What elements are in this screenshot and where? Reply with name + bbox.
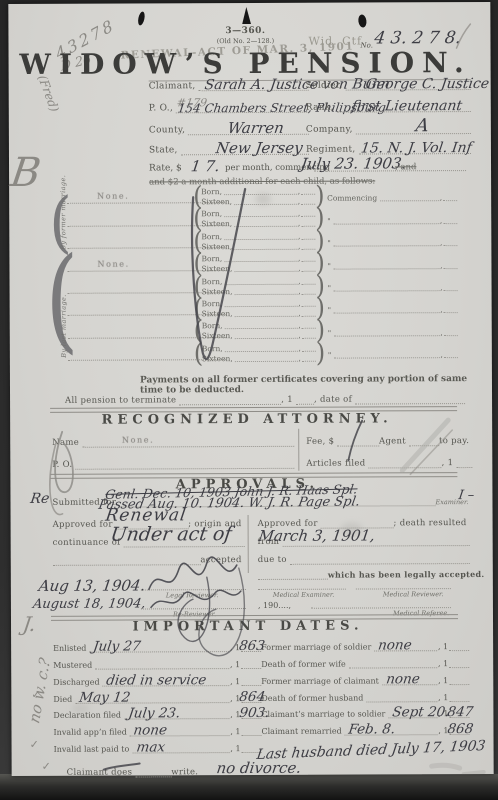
margin-checkmark: ✓ <box>30 738 39 751</box>
company-value: A <box>414 115 430 136</box>
state-line: New Jersey <box>181 141 309 156</box>
sixteen-label: Sixteen, <box>202 309 233 318</box>
accepted-line <box>53 551 201 566</box>
submitted-mark: I – <box>457 488 475 503</box>
commencing-line: ", <box>327 238 457 248</box>
date-year-prefix: , 1 <box>230 744 240 753</box>
date-value: none <box>377 637 413 653</box>
born-sixteen-pair: Born,, Sixteen,, <box>201 230 315 250</box>
date-value: max <box>135 740 166 756</box>
po-line: 154 Chambers Street, Philipsburg <box>176 99 309 114</box>
born-sixteen-pair: Born,, Sixteen,, <box>201 208 315 228</box>
date-label: Claimant remarried <box>261 727 341 736</box>
articles-line <box>368 454 441 468</box>
date-label: Former marriage of soldier <box>261 642 371 651</box>
child-row: ( Born,, Sixteen,, ) ", <box>9 206 481 230</box>
accepted-label: accepted <box>200 555 241 565</box>
date-row: Former marriage of claimant none , 1 <box>261 668 469 686</box>
commencing-ditto: " <box>328 328 331 337</box>
terminate-line-2 <box>296 391 314 405</box>
date-year-value: 868 <box>446 721 474 737</box>
re-review-date: August 18, 1904, <box>32 596 147 612</box>
company-label: Company, <box>306 125 353 135</box>
ink-blot <box>240 7 252 24</box>
rank-value: first Lieutenant <box>351 98 463 114</box>
medical-examiner-label: Medical Examiner. <box>273 591 334 599</box>
date-label: Declaration filed <box>53 711 121 720</box>
date-line: none <box>374 640 437 651</box>
children-section: ( ( By former marriage. By last marriage… <box>9 184 482 365</box>
commencing-ditto: " <box>328 351 331 360</box>
agent-line <box>409 432 439 446</box>
date-year-line <box>449 691 469 702</box>
county-value: Warren <box>227 119 285 137</box>
date-label: Died <box>53 694 72 703</box>
rate-label: Rate, $ <box>149 163 182 173</box>
none-stamp: None. <box>97 192 129 201</box>
date-year-line: 903. <box>241 708 261 719</box>
date-row: Discharged died in service , 1 <box>53 669 261 687</box>
date-label: Mustered <box>53 660 92 669</box>
march-1901-handwriting: March 3, 1901, <box>257 526 376 545</box>
date-row: Enlisted July 27 , 1 863 <box>53 635 261 653</box>
margin-re-note: Re <box>29 491 50 507</box>
date-label: Former marriage of claimant <box>261 676 379 686</box>
terminate-line <box>179 391 281 405</box>
claimant-does-line <box>135 763 171 777</box>
agent-label: Agent <box>379 436 406 446</box>
child-row: None. ( Born,, Sixteen,, ) Commencing, <box>9 184 481 208</box>
date-line <box>349 657 437 668</box>
children-former-marriage-group: None. ( Born,, Sixteen,, ) Commencing, (… <box>9 184 481 253</box>
sixteen-label: Sixteen, <box>202 331 233 340</box>
date-year-value: 864 <box>238 688 266 704</box>
date-row: Death of former husband , 1 <box>261 685 469 703</box>
born-label: Born, <box>202 344 223 353</box>
commencing-line: Commencing, <box>327 193 457 203</box>
born-sixteen-pair: Born,, Sixteen,, <box>202 342 316 362</box>
margin-checkmark: ✓ <box>31 688 40 701</box>
margin-checkmark: ✓ <box>42 760 51 773</box>
born-label: Born, <box>202 277 223 286</box>
date-value: July 27 <box>92 638 142 654</box>
born-sixteen-pair: Born,, Sixteen,, <box>202 320 316 340</box>
date-value: Sept 20. <box>391 705 450 721</box>
children-last-marriage-group: None. ( Born,, Sixteen,, ) ", ( Born,, S… <box>9 251 481 365</box>
soldier-line: George C. Justice <box>346 76 471 91</box>
date-year-line <box>449 640 469 651</box>
rank-label: Rank, <box>306 103 334 113</box>
under-act-handwriting: Under act of <box>109 523 233 546</box>
born-label: Born, <box>201 187 222 196</box>
year-190-label: , 190...., <box>258 601 291 610</box>
date-year-line <box>241 675 261 686</box>
none-stamp: None. <box>122 435 154 444</box>
claimant-line: Sarah A. Justice von Bunn <box>199 77 309 91</box>
date-value: none <box>385 671 421 687</box>
sixteen-label: Sixteen, <box>202 287 233 296</box>
date-line: July 23. <box>124 709 229 720</box>
rate-and-struck: , and <box>395 162 416 172</box>
date-line <box>95 658 229 670</box>
soldier-label: Soldier, <box>306 81 343 91</box>
date-line: May 12 <box>75 692 229 704</box>
no-divorce-note: no divorce. <box>215 759 302 777</box>
rate-date-value: July 23. 1903. <box>300 154 408 172</box>
attorney-po-label: P. O. <box>52 460 72 470</box>
legally-accepted-line <box>258 566 328 580</box>
date-year-prefix: , 1 <box>438 693 448 702</box>
attorney-heading: RECOGNIZED ATTORNEY. <box>10 411 484 428</box>
date-line: none <box>382 674 437 685</box>
date-year-prefix: , 1 <box>230 727 240 736</box>
county-line: Warren <box>188 121 309 136</box>
attorney-divider <box>298 429 299 471</box>
child-row: ( Born,, Sixteen,, ) ", <box>10 341 482 365</box>
state-label: State, <box>149 145 178 155</box>
date-year-line <box>449 657 469 668</box>
commencing-line: ", <box>328 283 458 293</box>
born-label: Born, <box>202 321 223 330</box>
sixteen-label: Sixteen, <box>202 354 233 363</box>
date-row: Claimant remarried Feb. 8. , 1 868 <box>261 719 469 737</box>
articles-line-2 <box>456 454 472 468</box>
commencing-ditto: " <box>328 284 331 293</box>
date-label: Invalid app’n filed <box>53 728 126 737</box>
commencing-line: ", <box>328 305 458 315</box>
po-label: P. O., <box>149 103 173 113</box>
date-row: Death of former wife , 1 <box>261 651 469 669</box>
fee-label: Fee, $ <box>306 437 334 447</box>
date-year-line: 847 <box>449 708 469 719</box>
born-label: Born, <box>201 232 222 241</box>
date-year-prefix: , 1 <box>230 677 240 686</box>
date-year-value: 863 <box>238 638 266 654</box>
due-to-label: due to <box>258 555 287 565</box>
date-line: Feb. 8. <box>345 725 438 736</box>
soldier-value: George C. Justice <box>365 76 491 93</box>
articles-suffix: , 1 <box>442 458 454 468</box>
commencing-line: ", <box>327 261 457 271</box>
smudge-stroke <box>432 765 460 768</box>
sixteen-label: Sixteen, <box>201 219 232 228</box>
terminate-suffix: , date of <box>314 395 352 405</box>
commencing-label: " <box>327 216 330 225</box>
date-label: Discharged <box>53 677 99 686</box>
commencing-label: Commencing <box>327 194 377 203</box>
child-row: None. ( Born,, Sixteen,, ) ", <box>9 251 481 275</box>
attorney-name-line: None. <box>82 433 294 448</box>
date-row: Mustered , 1 <box>53 652 261 670</box>
date-year-line <box>449 674 469 685</box>
attorney-po-line <box>75 455 294 470</box>
born-sixteen-pair: Born,, Sixteen,, <box>202 275 316 295</box>
date-label: Death of former husband <box>261 693 363 702</box>
born-sixteen-pair: Born,, Sixteen,, <box>202 298 316 318</box>
legal-reviewer-label: Legal Reviewer. <box>166 591 219 599</box>
date-row: Invalid app’n filed none , 1 <box>53 719 261 737</box>
date-label: Invalid last paid to <box>54 745 130 754</box>
scanned-pension-document: { "scan": { "corner_number": "43278", "c… <box>0 0 498 800</box>
date-row: Invalid last paid to max , 1 <box>54 736 262 754</box>
terminate-label: All pension to terminate <box>65 395 176 405</box>
medical-reviewer-label: Medical Reviewer. <box>383 590 444 598</box>
commencing-line: ", <box>328 328 458 338</box>
date-year-value: 903. <box>238 705 270 721</box>
date-year-prefix: , 1 <box>438 659 448 668</box>
born-label: Born, <box>201 210 222 219</box>
date-value: July 23. <box>127 706 181 722</box>
legal-review-date: Aug 13, 1904. <box>38 576 147 594</box>
rate-value: 1 7. <box>190 157 221 175</box>
commencing-ditto: " <box>328 306 331 315</box>
articles-label: Articles filed <box>306 459 365 469</box>
ink-blot <box>137 11 146 26</box>
claimant-does-label: Claimant does <box>67 768 133 778</box>
date-label: Enlisted <box>53 644 86 653</box>
date-row: Claimant’s marriage to soldier Sept 20. … <box>261 702 469 720</box>
sixteen-label: Sixteen, <box>201 264 232 273</box>
terminate-line-3 <box>355 390 465 404</box>
none-stamp: None. <box>97 259 129 268</box>
legally-accepted-label: which has been legally accepted. <box>328 569 485 580</box>
due-to-line <box>290 550 470 565</box>
pension-form-paper: 43278 D 26 (Fred) B 3—360. (Old No. 2—12… <box>8 2 493 776</box>
date-line: July 27 <box>89 641 229 653</box>
date-year-value: 847 <box>446 704 474 720</box>
date-year-prefix: , 1 <box>230 660 240 669</box>
date-line: died in service <box>103 675 230 687</box>
date-row: Former marriage of soldier none , 1 <box>261 634 469 652</box>
born-label: Born, <box>202 299 223 308</box>
date-year-line <box>241 725 261 736</box>
date-year-prefix: , 1 <box>438 642 448 651</box>
sixteen-label: Sixteen, <box>201 197 232 206</box>
commencing-label: " <box>327 239 330 248</box>
born-sixteen-pair: Born,, Sixteen,, <box>201 253 315 273</box>
to-pay-label: to pay. <box>439 436 469 446</box>
date-year-line <box>241 658 261 669</box>
born-sixteen-pair: Born,, Sixteen,, <box>201 186 315 206</box>
rank-line: first Lieutenant <box>337 98 471 113</box>
death-resulted-label: ; death resulted <box>394 518 467 528</box>
terminate-mid: , 1 <box>281 395 293 405</box>
child-row: ( Born,, Sixteen,, ) ", <box>10 296 482 320</box>
dates-right-column: Former marriage of soldier none , 1 Deat… <box>261 634 469 736</box>
date-year-line: 864 <box>241 692 261 703</box>
dates-left-column: Enlisted July 27 , 1 863 Mustered , 1 Di… <box>53 635 262 754</box>
write-label: write. <box>171 767 198 777</box>
fee-line <box>337 432 379 446</box>
approvals-divider <box>248 515 249 573</box>
date-line: max <box>132 742 229 753</box>
date-value: died in service <box>105 672 207 688</box>
company-line: A <box>356 120 471 135</box>
attorney-name-label: Name <box>52 438 79 448</box>
important-dates-heading: IMPORTANT DATES. <box>11 618 485 635</box>
state-value: New Jersey <box>214 139 303 157</box>
brace-close: ) <box>316 337 326 368</box>
smudge-stroke <box>464 772 484 774</box>
born-label: Born, <box>201 254 222 263</box>
date-year-line: 863 <box>241 641 261 652</box>
date-value: none <box>133 723 169 739</box>
date-value: May 12 <box>78 689 131 705</box>
date-line: Sept 20. <box>388 708 437 719</box>
date-line <box>366 691 437 702</box>
county-label: County, <box>149 125 185 135</box>
date-year-prefix: , 1 <box>438 676 448 685</box>
scanner-background <box>0 774 498 800</box>
claimant-label: Claimant, <box>149 81 196 91</box>
date-year-line: 868 <box>449 724 469 735</box>
regiment-line: 15. N. J. Vol. Inf <box>358 140 470 154</box>
commencing-ditto: " <box>327 261 330 270</box>
commencing-line: ", <box>327 216 457 226</box>
child-row: ( Born,, Sixteen,, ) ", <box>10 318 482 342</box>
child-row: ( Born,, Sixteen,, ) ", <box>10 274 482 298</box>
date-line: none <box>130 725 229 736</box>
child-row: ( Born,, Sixteen,, ) ", <box>9 229 481 253</box>
date-label: Death of former wife <box>261 659 346 668</box>
date-value: Feb. 8. <box>348 722 397 738</box>
regiment-label: Regiment, <box>306 145 356 155</box>
commencing-line: ", <box>328 350 458 360</box>
sixteen-label: Sixteen, <box>201 242 232 251</box>
